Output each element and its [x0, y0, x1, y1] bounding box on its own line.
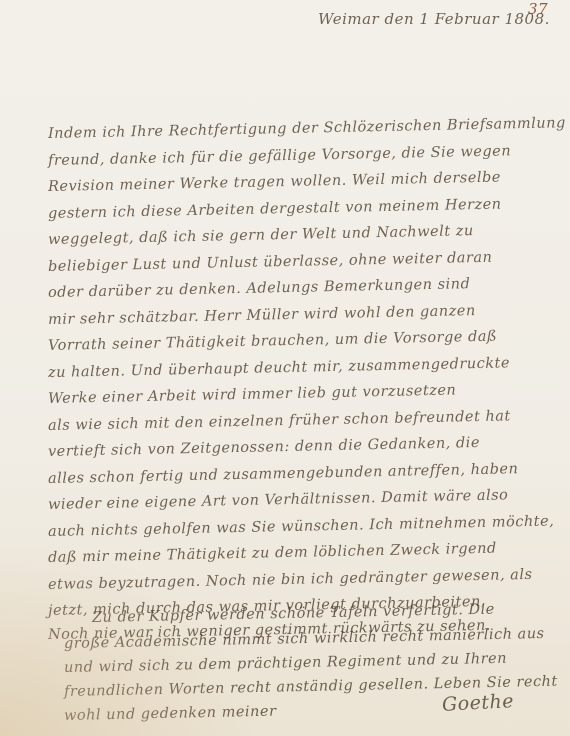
letter-line: gestern ich diese Arbeiten dergestalt vo…: [48, 197, 502, 222]
letter-line: wieder eine eigene Art von Verhältnissen…: [48, 487, 509, 513]
letter-line: etwas beyzutragen. Noch nie bin ich gedr…: [48, 567, 533, 593]
letter-line: daß mir meine Thätigkeit zu dem löbliche…: [48, 541, 497, 566]
letter-line: beliebiger Lust und Unlust überlasse, oh…: [48, 250, 493, 275]
signature: Goethe: [441, 690, 514, 716]
letter-line: auch nichts geholfen was Sie wünschen. I…: [48, 513, 555, 540]
letter-line: Revision meiner Werke tragen wollen. Wei…: [48, 170, 501, 195]
letter-line: Indem ich Ihre Rechtfertigung der Schlöz…: [48, 115, 566, 142]
letter-line: wohl und gedenken meiner: [64, 704, 277, 724]
letter-line: Werke einer Arbeit wird immer lieb gut v…: [48, 382, 457, 407]
letter-line: zu halten. Und überhaupt deucht mir, zus…: [48, 355, 510, 381]
letter-line: freund, danke ich für die gefällige Vors…: [48, 143, 511, 169]
letter-page: 37 Weimar den 1 Februar 1808. Indem ich …: [0, 0, 570, 736]
dateline: Weimar den 1 Februar 1808.: [318, 10, 550, 28]
letter-line: oder darüber zu denken. Adelungs Bemerku…: [48, 276, 471, 301]
letter-line: weggelegt, daß ich sie gern der Welt und…: [48, 223, 474, 248]
letter-line: alles schon fertig und zusammengebunden …: [48, 461, 519, 487]
letter-line: und wird sich zu dem prächtigen Regiment…: [64, 651, 507, 676]
letter-line: vertieft sich von Zeitgenossen: denn die…: [48, 435, 480, 460]
letter-line: Vorrath seiner Thätigkeit brauchen, um d…: [48, 329, 497, 354]
letter-line: als wie sich mit den einzelnen früher sc…: [48, 408, 511, 434]
letter-line: mir sehr schätzbar. Herr Müller wird woh…: [48, 303, 476, 328]
